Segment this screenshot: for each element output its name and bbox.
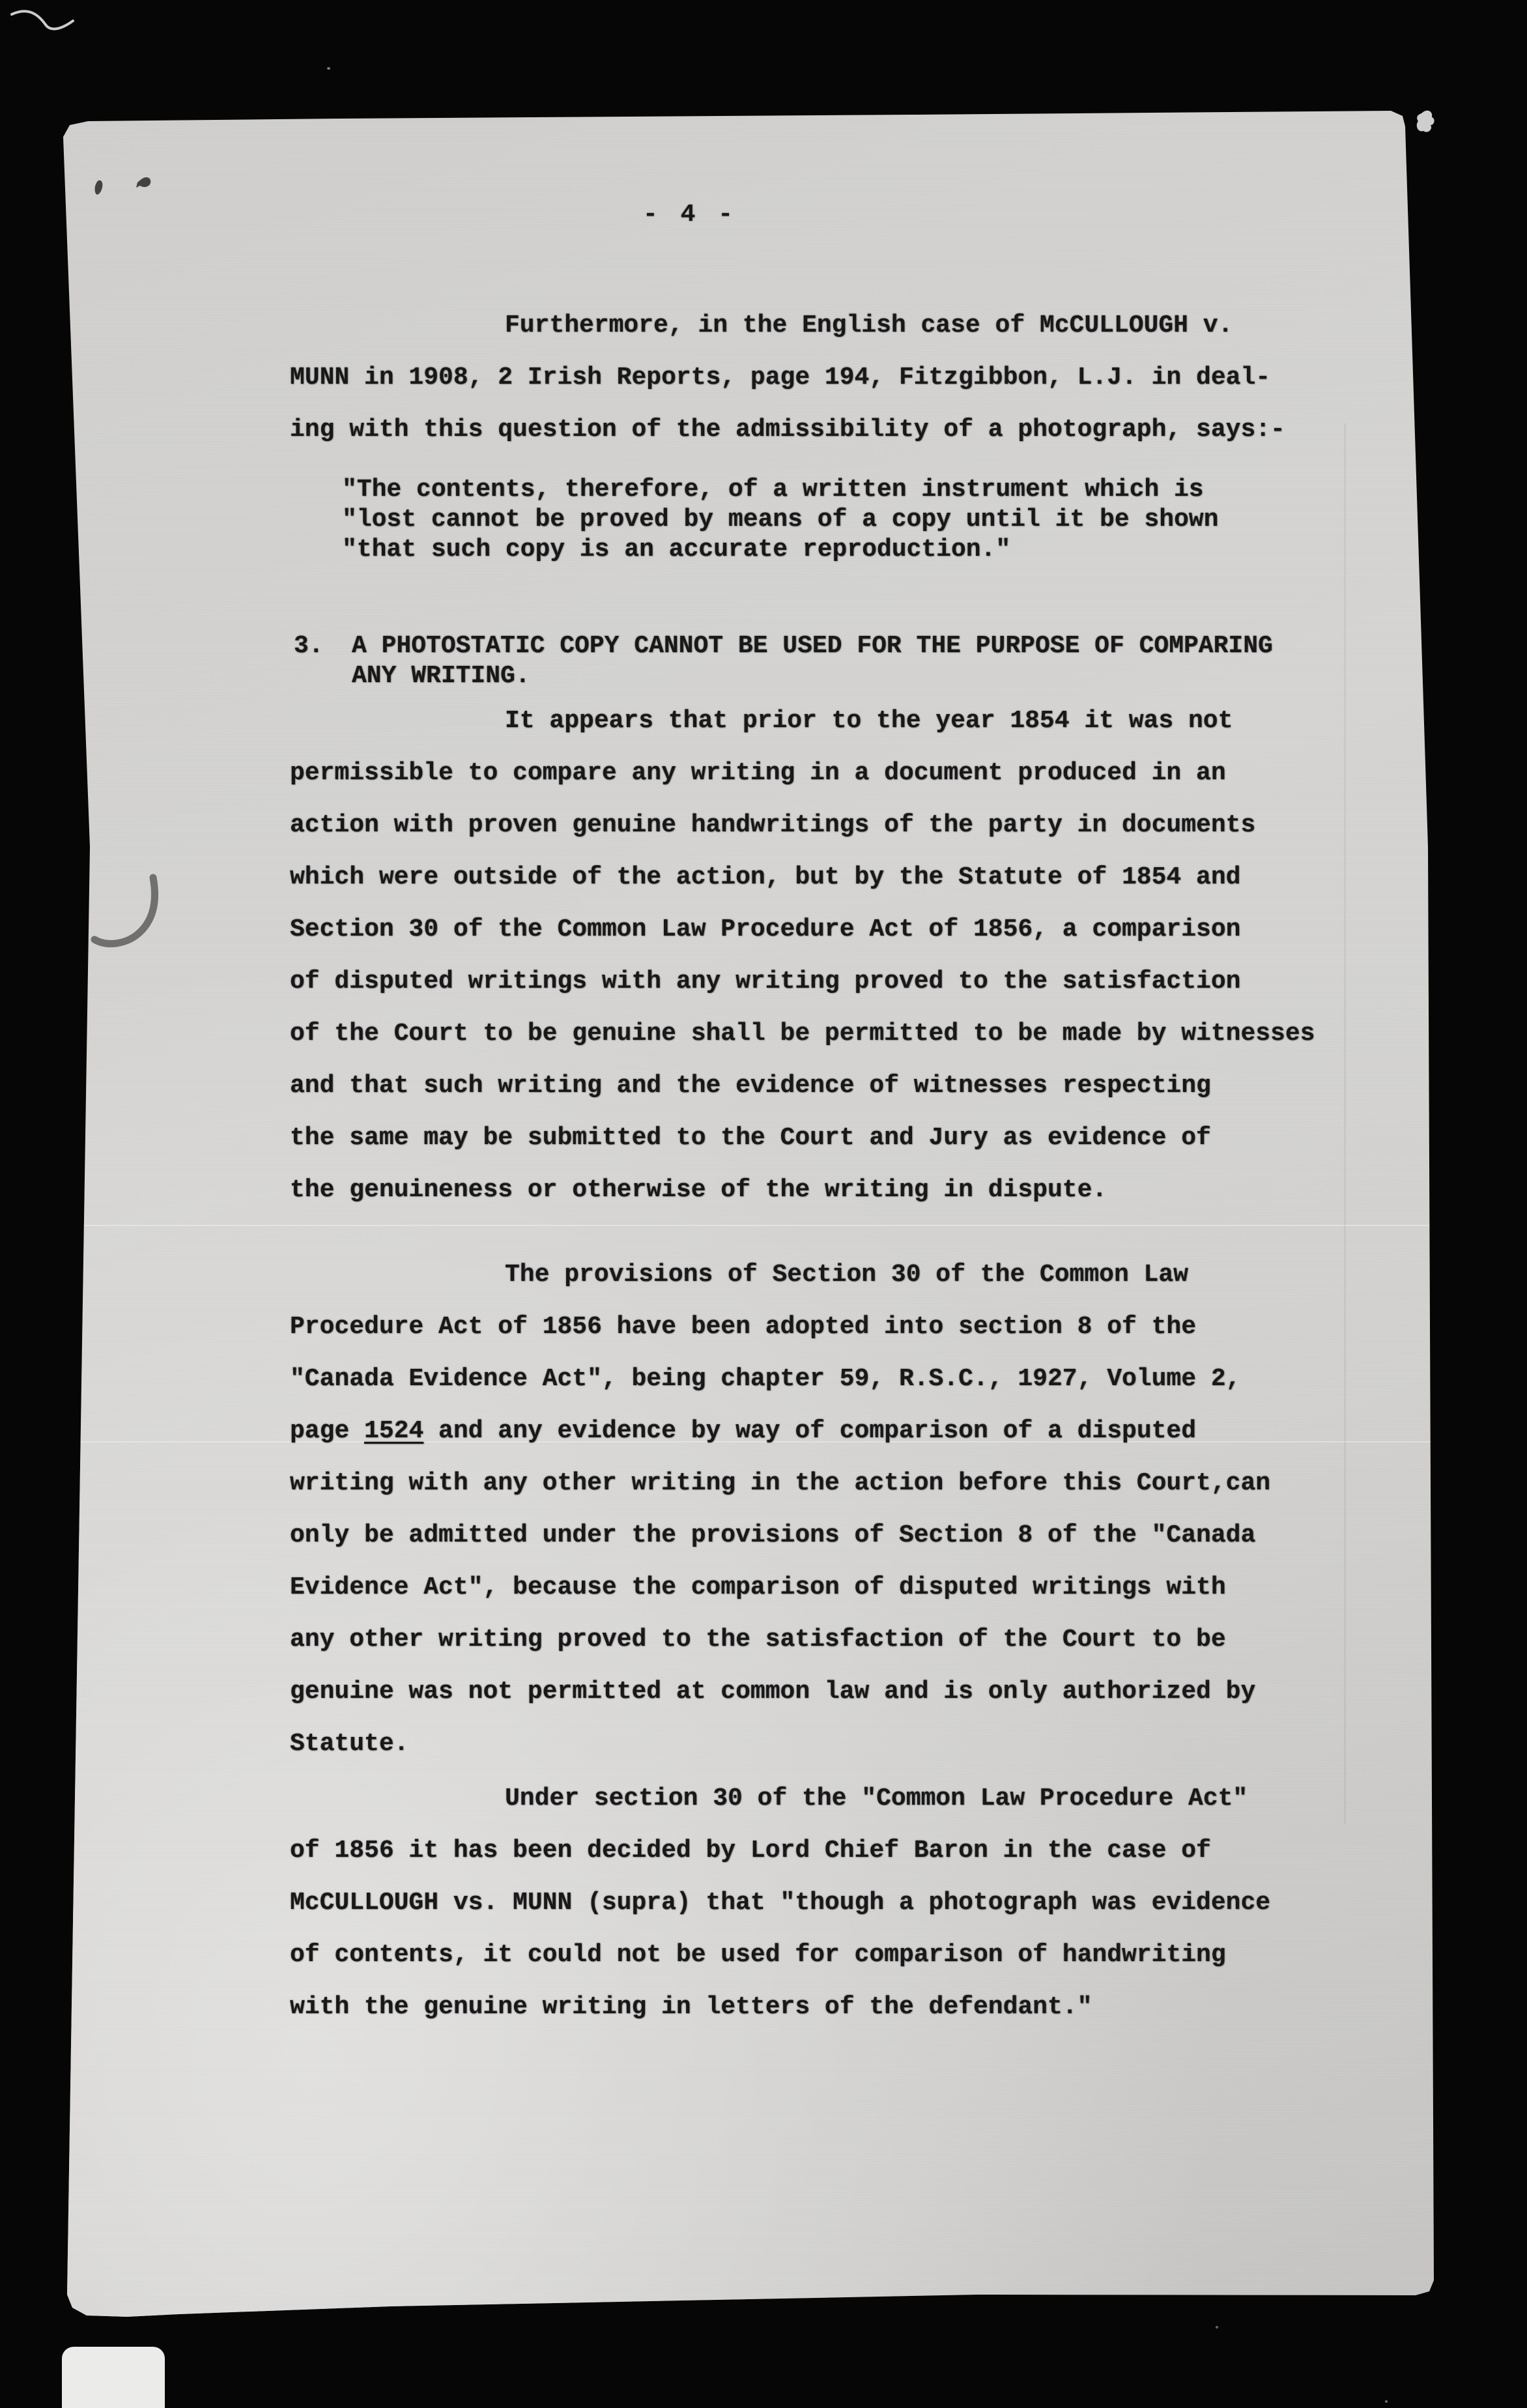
white-blob-mark — [1412, 107, 1441, 141]
body-block: Under section 30 of the "Common Law Proc… — [290, 1773, 1339, 2033]
text-line: of disputed writings with any writing pr… — [290, 956, 1339, 1008]
text-line: of contents, it could not be used for co… — [290, 1929, 1339, 1981]
text-line: the same may be submitted to the Court a… — [290, 1112, 1339, 1164]
text-line: action with proven genuine handwritings … — [290, 799, 1339, 852]
scanned-page: - 4 - Furthermore, in the English case o… — [62, 111, 1436, 2319]
text-line: genuine was not permitted at common law … — [290, 1666, 1339, 1718]
text-line: "Canada Evidence Act", being chapter 59,… — [290, 1353, 1339, 1405]
text-line: of the Court to be genuine shall be perm… — [290, 1008, 1339, 1060]
text-line: with the genuine writing in letters of t… — [290, 1981, 1339, 2033]
body-block: Furthermore, in the English case of McCU… — [290, 300, 1339, 456]
text-line: any other writing proved to the satisfac… — [290, 1614, 1339, 1666]
body-block: The provisions of Section 30 of the Comm… — [290, 1249, 1339, 1770]
ink-speck-dash — [136, 177, 150, 188]
text-line: A PHOTOSTATIC COPY CANNOT BE USED FOR TH… — [352, 631, 1339, 661]
text-line: ANY WRITING. — [352, 661, 1339, 691]
text-line: which were outside of the action, but by… — [290, 852, 1339, 904]
heading-block: 3.A PHOTOSTATIC COPY CANNOT BE USED FOR … — [290, 631, 1339, 691]
text-line: Statute. — [290, 1718, 1339, 1770]
quote-block: "The contents, therefore, of a written i… — [290, 475, 1339, 565]
text-line: ing with this question of the admissibil… — [290, 404, 1339, 456]
paper-crease — [62, 1225, 1436, 1226]
text-line: "lost cannot be proved by means of a cop… — [342, 505, 1339, 535]
text-line: Under section 30 of the "Common Law Proc… — [290, 1773, 1339, 1825]
dust-speck — [327, 67, 330, 70]
text-line: The provisions of Section 30 of the Comm… — [290, 1249, 1339, 1301]
underlined-text: 1524 — [364, 1417, 423, 1445]
text-line: It appears that prior to the year 1854 i… — [290, 695, 1339, 747]
text-line: Evidence Act", because the comparison of… — [290, 1562, 1339, 1614]
page-number: - 4 - — [612, 201, 768, 229]
text-line: "The contents, therefore, of a written i… — [342, 475, 1339, 505]
scan-background: - 4 - Furthermore, in the English case o… — [0, 0, 1527, 2408]
text-line: the genuineness or otherwise of the writ… — [290, 1164, 1339, 1216]
text-line: "that such copy is an accurate reproduct… — [342, 535, 1339, 565]
text-line: Procedure Act of 1856 have been adopted … — [290, 1301, 1339, 1353]
body-block: It appears that prior to the year 1854 i… — [290, 695, 1339, 1216]
text-line: of 1856 it has been decided by Lord Chie… — [290, 1825, 1339, 1877]
text-line: only be admitted under the provisions of… — [290, 1510, 1339, 1562]
text-line: writing with any other writing in the ac… — [290, 1457, 1339, 1510]
text-line: and that such writing and the evidence o… — [290, 1060, 1339, 1112]
white-scratch-mark — [8, 5, 79, 44]
paper-fold — [1344, 423, 1346, 1824]
dust-speck — [1385, 2400, 1388, 2403]
text-line: Furthermore, in the English case of McCU… — [290, 300, 1339, 352]
heading-number: 3. — [294, 631, 324, 661]
text-line: McCULLOUGH vs. MUNN (supra) that "though… — [290, 1877, 1339, 1929]
ink-speck-comma — [81, 166, 166, 205]
text-line: MUNN in 1908, 2 Irish Reports, page 194,… — [290, 352, 1339, 404]
text-line: page 1524 and any evidence by way of com… — [290, 1405, 1339, 1457]
pencil-hook-mark — [88, 867, 173, 964]
dust-speck — [1216, 2326, 1218, 2329]
text-line: permissible to compare any writing in a … — [290, 747, 1339, 799]
next-page-strip — [62, 2347, 165, 2408]
text-line: Section 30 of the Common Law Procedure A… — [290, 904, 1339, 956]
